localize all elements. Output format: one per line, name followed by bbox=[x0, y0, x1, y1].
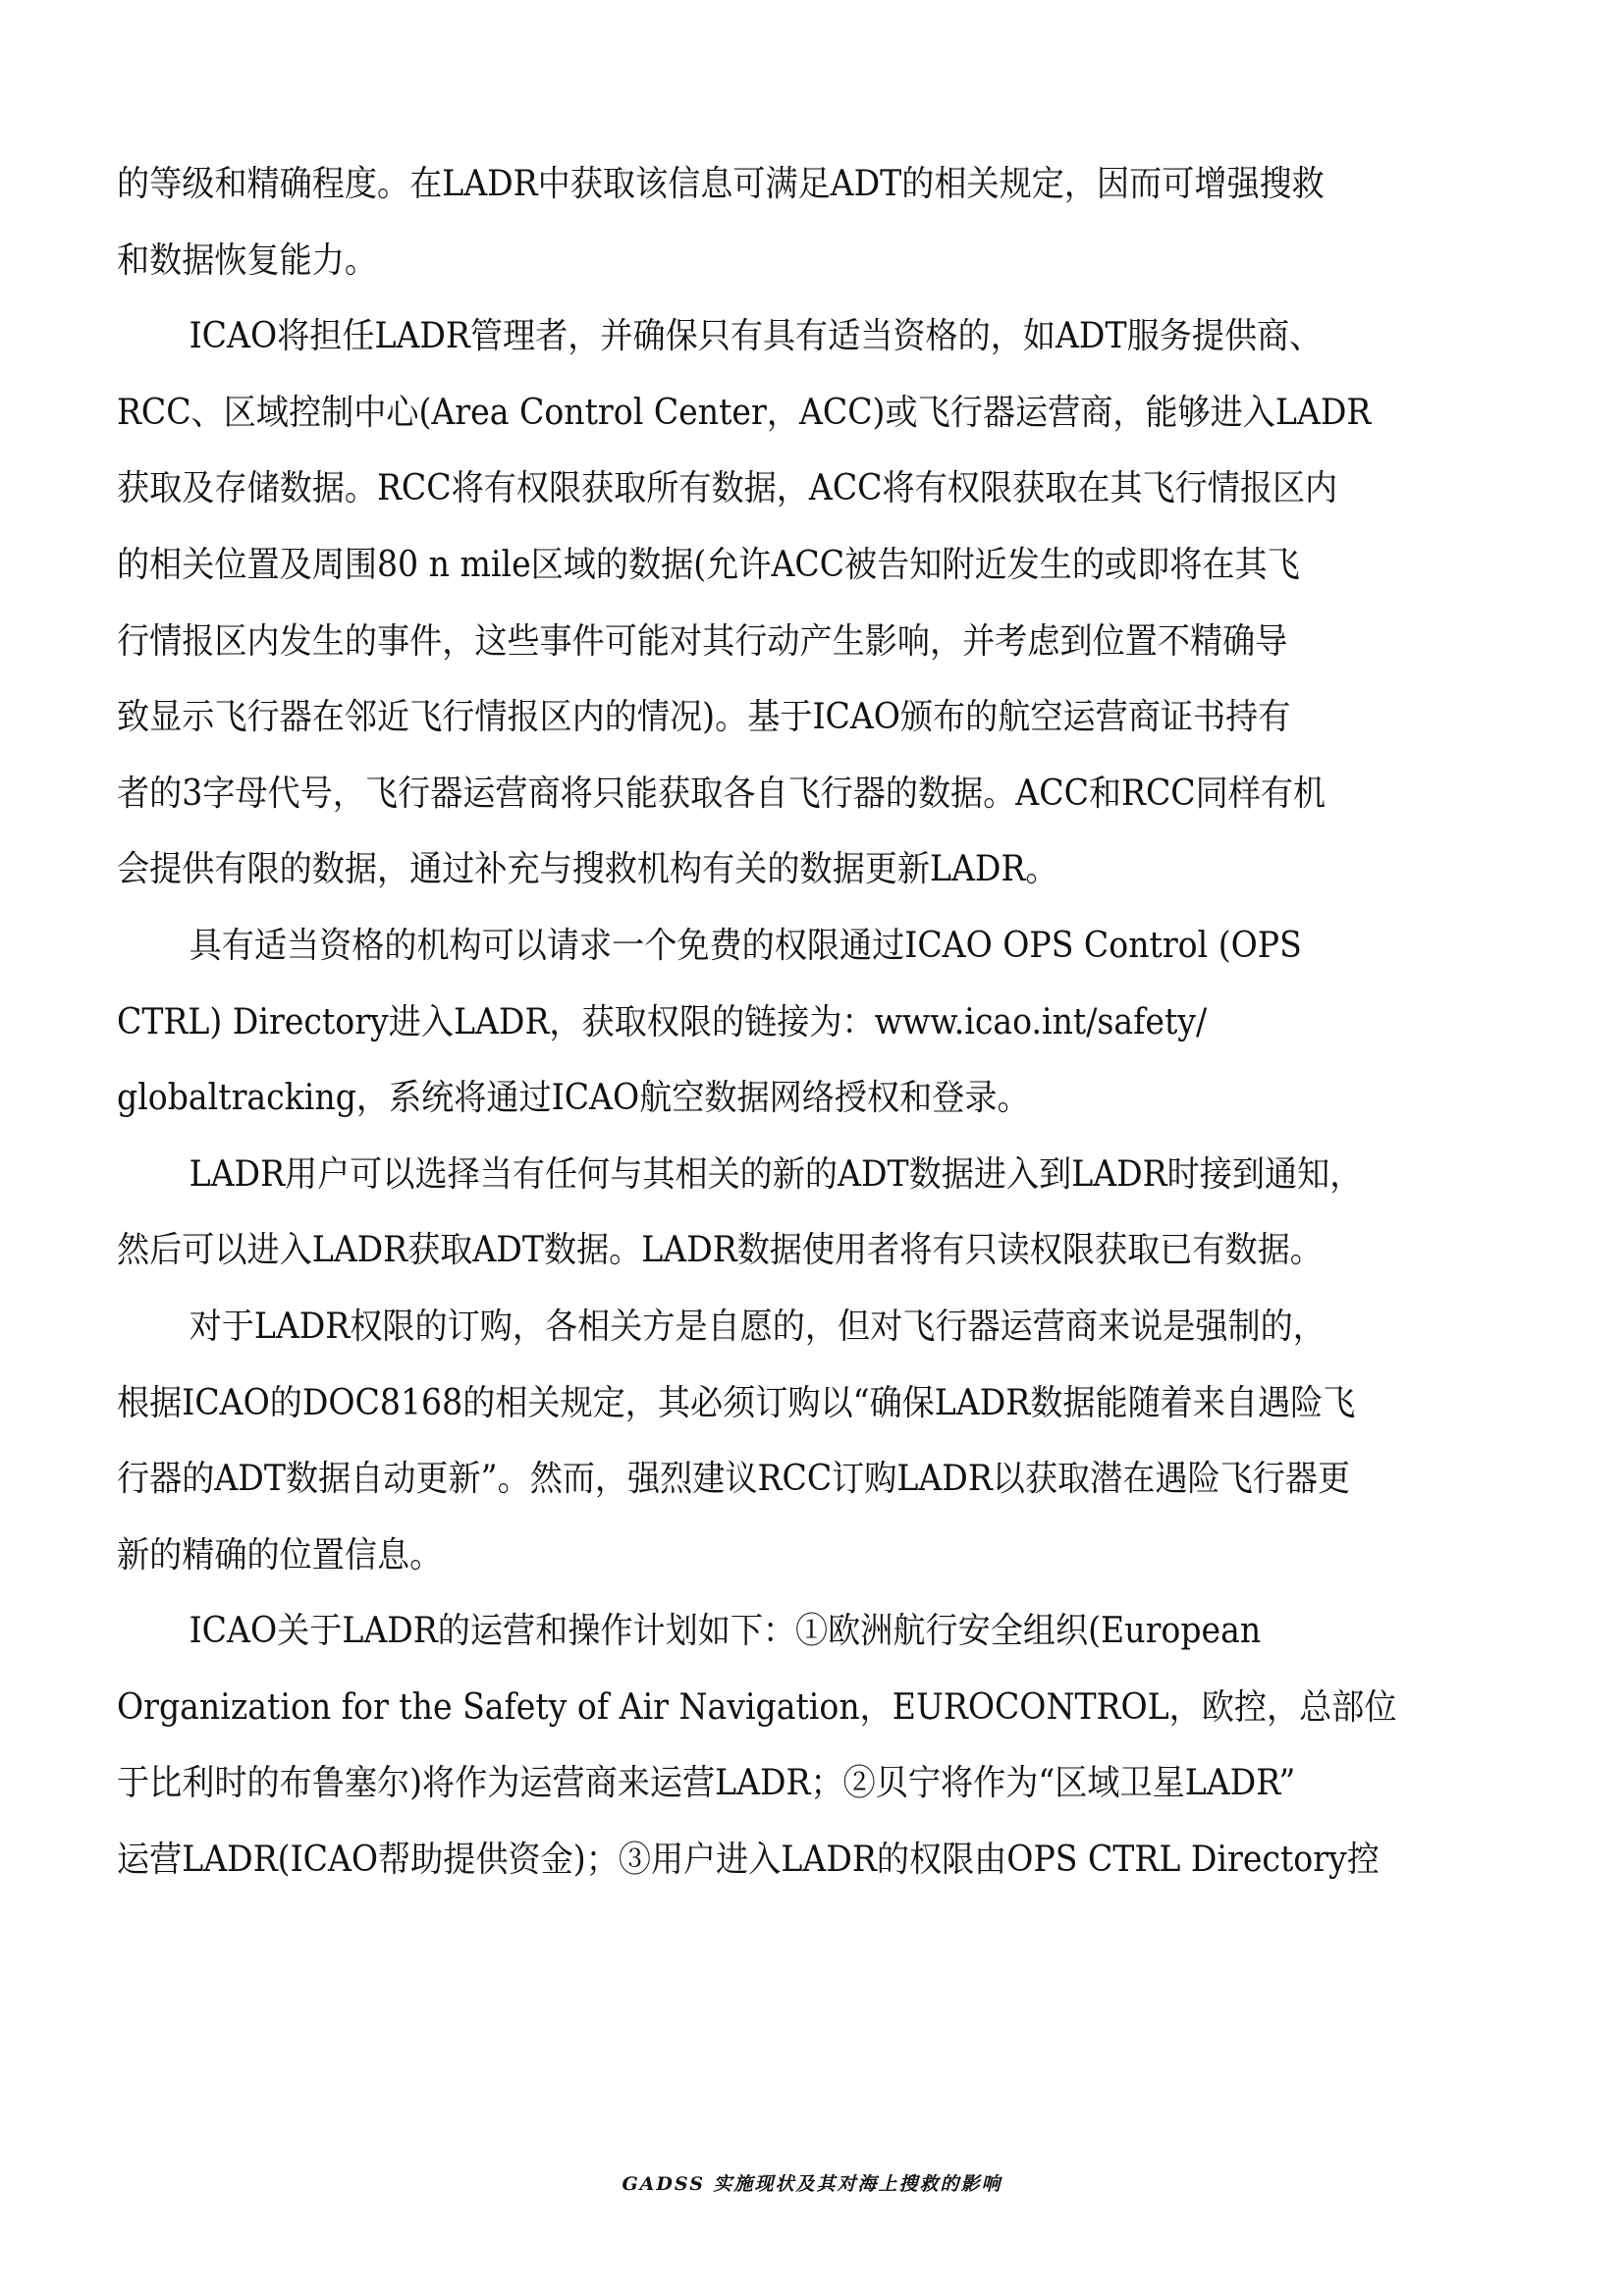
text-line: 行情报区内发生的事件，这些事件可能对其行动产生影响，并考虑到位置不精确导 bbox=[117, 613, 1399, 689]
text-line: globaltracking，系统将通过ICAO航空数据网络授权和登录。 bbox=[117, 1069, 1399, 1146]
text-line: 的相关位置及周围80 n mile区域的数据(允许ACC被告知附近发生的或即将在… bbox=[117, 536, 1399, 613]
text-line: CTRL) Directory进入LADR，获取权限的链接为：www.icao.… bbox=[117, 993, 1399, 1070]
text-line: 于比利时的布鲁塞尔)将作为运营商来运营LADR；②贝宁将作为“区域卫星LADR” bbox=[117, 1754, 1399, 1831]
text-line: 具有适当资格的机构可以请求一个免费的权限通过ICAO OPS Control (… bbox=[117, 917, 1399, 993]
text-line: 和数据恢复能力。 bbox=[117, 232, 1399, 308]
text-line: 运营LADR(ICAO帮助提供资金)；③用户进入LADR的权限由OPS CTRL… bbox=[117, 1831, 1399, 1907]
text-line: 者的3字母代号，飞行器运营商将只能获取各自飞行器的数据。ACC和RCC同样有机 bbox=[117, 765, 1399, 841]
text-line: LADR用户可以选择当有任何与其相关的新的ADT数据进入到LADR时接到通知， bbox=[117, 1146, 1399, 1222]
body-text: 的等级和精确程度。在LADR中获取该信息可满足ADT的相关规定，因而可增强搜救 … bbox=[117, 155, 1511, 1907]
document-page: 的等级和精确程度。在LADR中获取该信息可满足ADT的相关规定，因而可增强搜救 … bbox=[0, 0, 1624, 2296]
text-line: 然后可以进入LADR获取ADT数据。LADR数据使用者将有只读权限获取已有数据。 bbox=[117, 1221, 1399, 1298]
text-line: 获取及存储数据。RCC将有权限获取所有数据，ACC将有权限获取在其飞行情报区内 bbox=[117, 459, 1399, 536]
text-line: 对于LADR权限的订购，各相关方是自愿的，但对飞行器运营商来说是强制的， bbox=[117, 1298, 1399, 1374]
text-line: 的等级和精确程度。在LADR中获取该信息可满足ADT的相关规定，因而可增强搜救 bbox=[117, 155, 1399, 232]
text-line: Organization for the Safety of Air Navig… bbox=[117, 1679, 1399, 1755]
text-line: ICAO关于LADR的运营和操作计划如下：①欧洲航行安全组织(European bbox=[117, 1602, 1399, 1679]
running-footer-title: GADSS 实施现状及其对海上搜救的影响 bbox=[0, 2169, 1624, 2196]
text-line: 根据ICAO的DOC8168的相关规定，其必须订购以“确保LADR数据能随着来自… bbox=[117, 1374, 1399, 1451]
text-line: 新的精确的位置信息。 bbox=[117, 1526, 1399, 1603]
text-line: 行器的ADT数据自动更新”。然而，强烈建议RCC订购LADR以获取潜在遇险飞行器… bbox=[117, 1450, 1399, 1526]
text-line: ICAO将担任LADR管理者，并确保只有具有适当资格的，如ADT服务提供商、 bbox=[117, 307, 1399, 384]
text-line: RCC、区域控制中心(Area Control Center，ACC)或飞行器运… bbox=[117, 384, 1399, 460]
text-line: 会提供有限的数据，通过补充与搜救机构有关的数据更新LADR。 bbox=[117, 840, 1399, 917]
text-line: 致显示飞行器在邻近飞行情报区内的情况)。基于ICAO颁布的航空运营商证书持有 bbox=[117, 688, 1399, 765]
